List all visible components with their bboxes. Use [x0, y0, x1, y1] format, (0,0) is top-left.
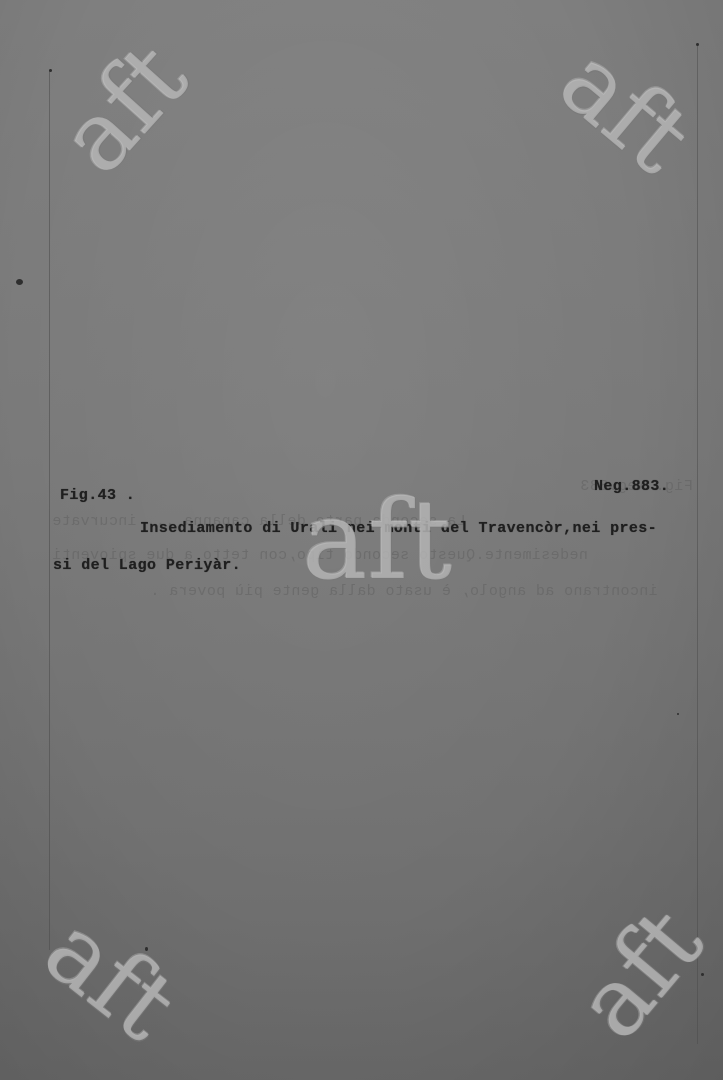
- dust-speck: [16, 279, 23, 285]
- scanned-document-page: Fig. Neg.883 La seconda parte della capa…: [0, 0, 723, 1080]
- dust-speck: [696, 43, 699, 46]
- watermark-logo: aft: [561, 892, 719, 1054]
- left-margin-line: [49, 70, 50, 950]
- watermark-logo: aft: [545, 31, 707, 189]
- right-margin-line: [697, 44, 698, 1044]
- watermark-logo: aft: [302, 485, 453, 595]
- figure-label: Fig.43 .: [60, 487, 135, 504]
- watermark-logo: aft: [29, 900, 192, 1057]
- negative-number: Neg.883.: [594, 478, 669, 495]
- dust-speck: [49, 69, 52, 72]
- watermark-logo: aft: [44, 27, 203, 189]
- caption-line-2: si del Lago Periyàr.: [53, 557, 241, 574]
- dust-speck: [677, 713, 679, 715]
